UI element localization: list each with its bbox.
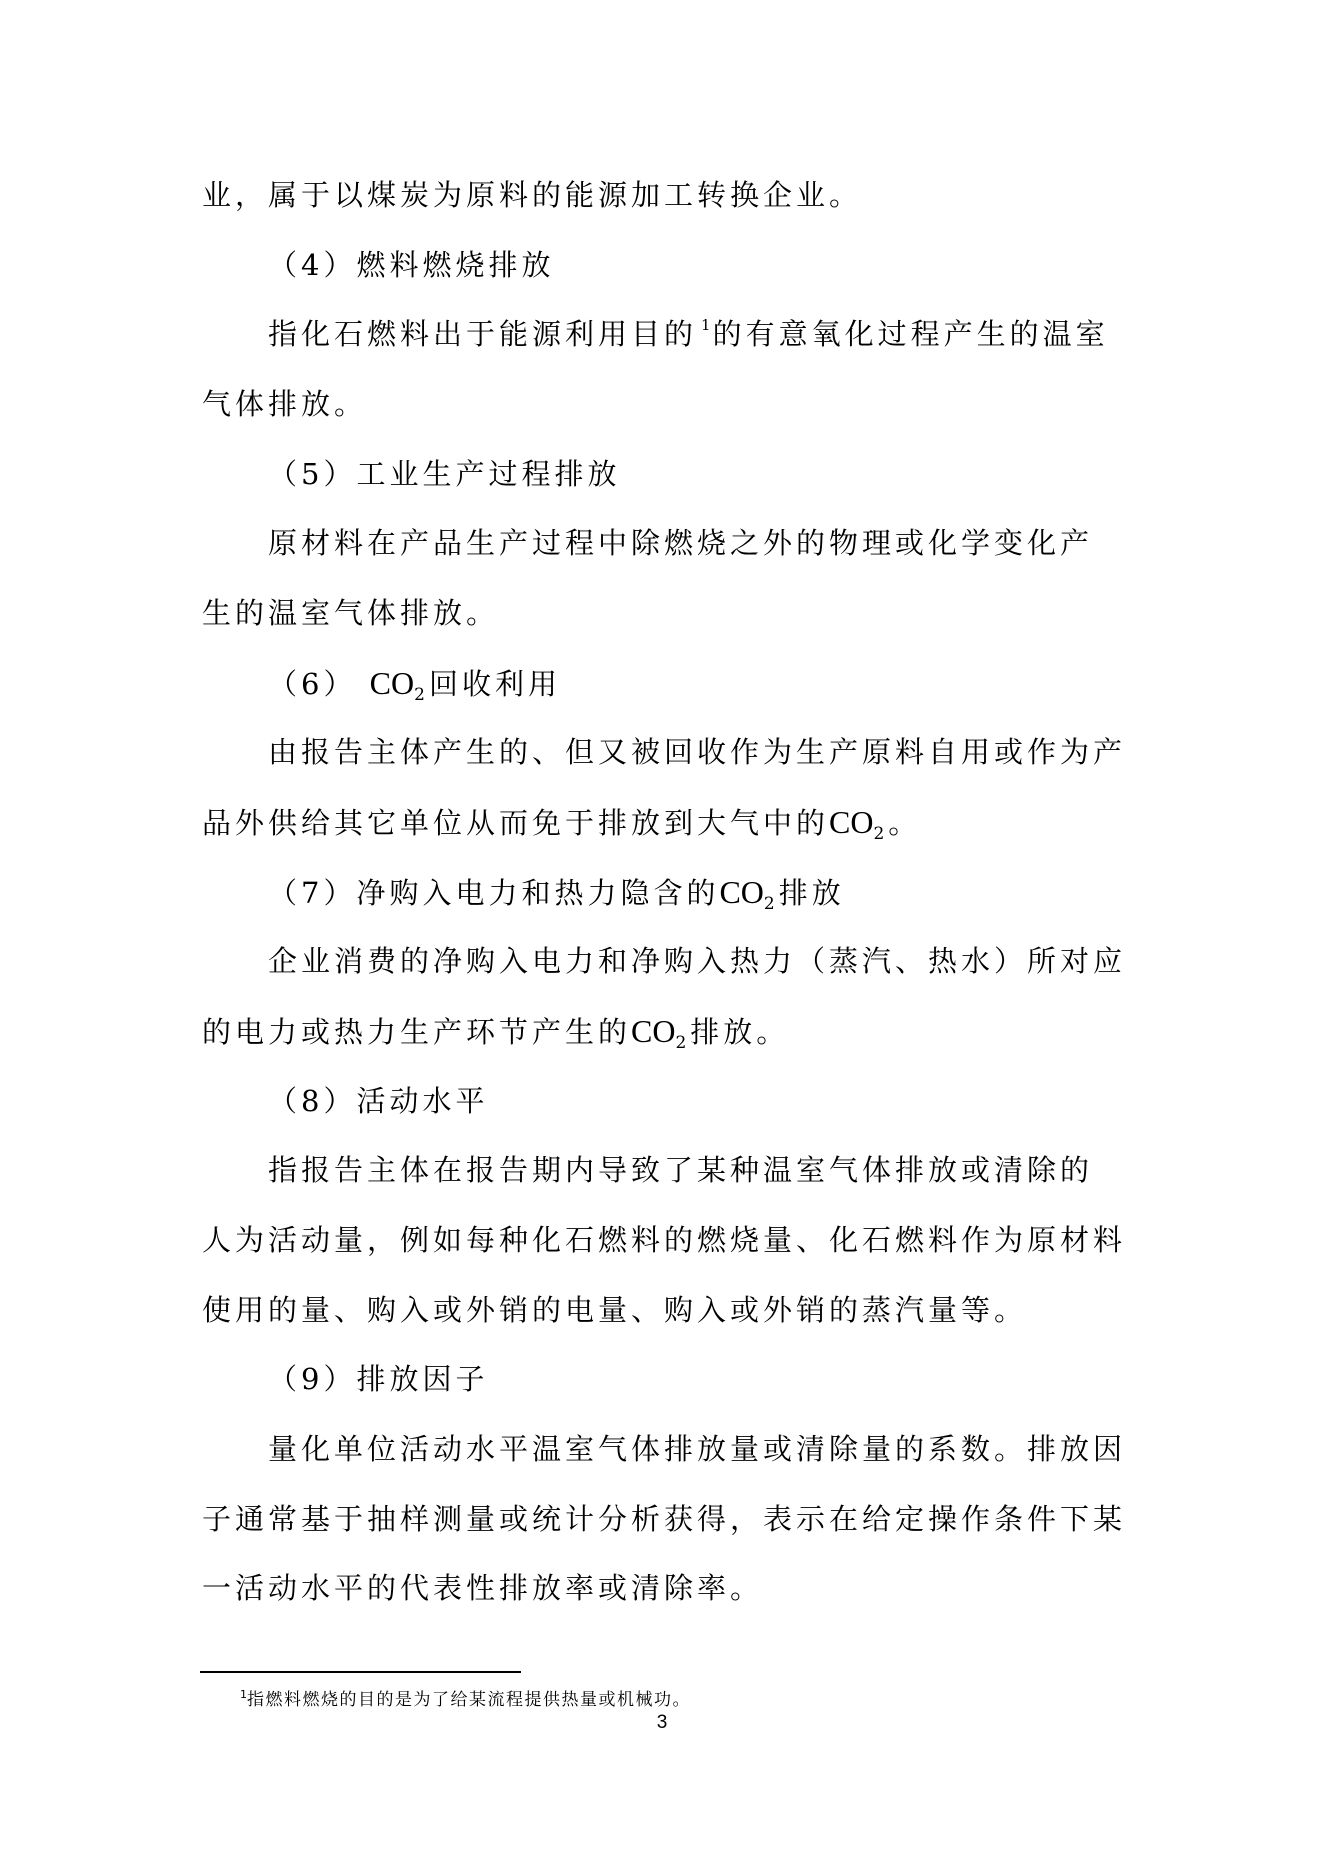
subscript: 2 — [873, 824, 884, 844]
footnote-marker: 1 — [240, 1688, 247, 1701]
section-heading-5: （5）工业生产过程排放 — [268, 454, 620, 494]
paragraph-line: 生的温室气体排放。 — [202, 593, 499, 633]
paragraph-line: 人为活动量，例如每种化石燃料的燃烧量、化石燃料作为原材料 — [202, 1220, 1126, 1260]
paragraph-line: 的电力或热力生产环节产生的CO2排放。 — [202, 1011, 789, 1051]
paragraph-line: 原材料在产品生产过程中除燃烧之外的物理或化学变化产 — [268, 523, 1093, 563]
text-span: 品外供给其它单位从而免于排放到大气中的 — [202, 806, 829, 840]
page-number: 3 — [650, 1710, 674, 1736]
paragraph-line: 由报告主体产生的、但又被回收作为生产原料自用或作为产 — [268, 732, 1126, 772]
document-page: 业，属于以煤炭为原料的能源加工转换企业。 （4）燃料燃烧排放 指化石燃料出于能源… — [0, 0, 1323, 1871]
paragraph-line: 一活动水平的代表性排放率或清除率。 — [202, 1568, 763, 1608]
footnote-text: 指燃料燃烧的目的是为了给某流程提供热量或机械功。 — [247, 1690, 691, 1710]
section-heading-7: （7）净购入电力和热力隐含的CO2排放 — [268, 872, 845, 912]
text-span: 指化石燃料出于能源利用目的 — [268, 317, 697, 351]
paragraph-line: 品外供给其它单位从而免于排放到大气中的CO2。 — [202, 802, 921, 842]
text-span: （7）净购入电力和热力隐含的 — [268, 876, 719, 910]
section-heading-6: （6） CO2回收利用 — [268, 663, 561, 703]
text-span: 的有意氧化过程产生的温室 — [713, 317, 1109, 351]
paragraph-line: 企业消费的净购入电力和净购入热力（蒸汽、热水）所对应 — [268, 941, 1126, 981]
paragraph-line: 使用的量、购入或外销的电量、购入或外销的蒸汽量等。 — [202, 1290, 1027, 1330]
chemical-formula: CO — [370, 665, 414, 701]
paragraph-line: 子通常基于抽样测量或统计分析获得，表示在给定操作条件下某 — [202, 1499, 1126, 1539]
text-span: （6） — [268, 667, 370, 701]
subscript: 2 — [675, 1033, 686, 1053]
text-span: 排放。 — [690, 1015, 789, 1049]
footnote-reference[interactable]: 1 — [701, 316, 711, 334]
footnote: 1指燃料燃烧的目的是为了给某流程提供热量或机械功。 — [240, 1688, 691, 1712]
paragraph-line: 指化石燃料出于能源利用目的1的有意氧化过程产生的温室 — [268, 314, 1109, 354]
chemical-formula: CO — [631, 1013, 675, 1049]
section-heading-4: （4）燃料燃烧排放 — [268, 245, 554, 285]
subscript: 2 — [764, 894, 775, 914]
text-span: 回收利用 — [429, 667, 561, 701]
paragraph-line: 指报告主体在报告期内导致了某种温室气体排放或清除的 — [268, 1150, 1093, 1190]
paragraph-line: 气体排放。 — [202, 384, 367, 424]
section-heading-9: （9）排放因子 — [268, 1359, 488, 1399]
chemical-formula: CO — [719, 874, 763, 910]
text-span: 排放 — [779, 876, 845, 910]
paragraph-line: 业，属于以煤炭为原料的能源加工转换企业。 — [202, 175, 862, 215]
subscript: 2 — [414, 685, 425, 705]
paragraph-line: 量化单位活动水平温室气体排放量或清除量的系数。排放因 — [268, 1429, 1126, 1469]
footnote-separator — [200, 1671, 521, 1673]
section-heading-8: （8）活动水平 — [268, 1081, 488, 1121]
chemical-formula: CO — [829, 804, 873, 840]
text-span: 的电力或热力生产环节产生的 — [202, 1015, 631, 1049]
text-span: 。 — [888, 806, 921, 840]
